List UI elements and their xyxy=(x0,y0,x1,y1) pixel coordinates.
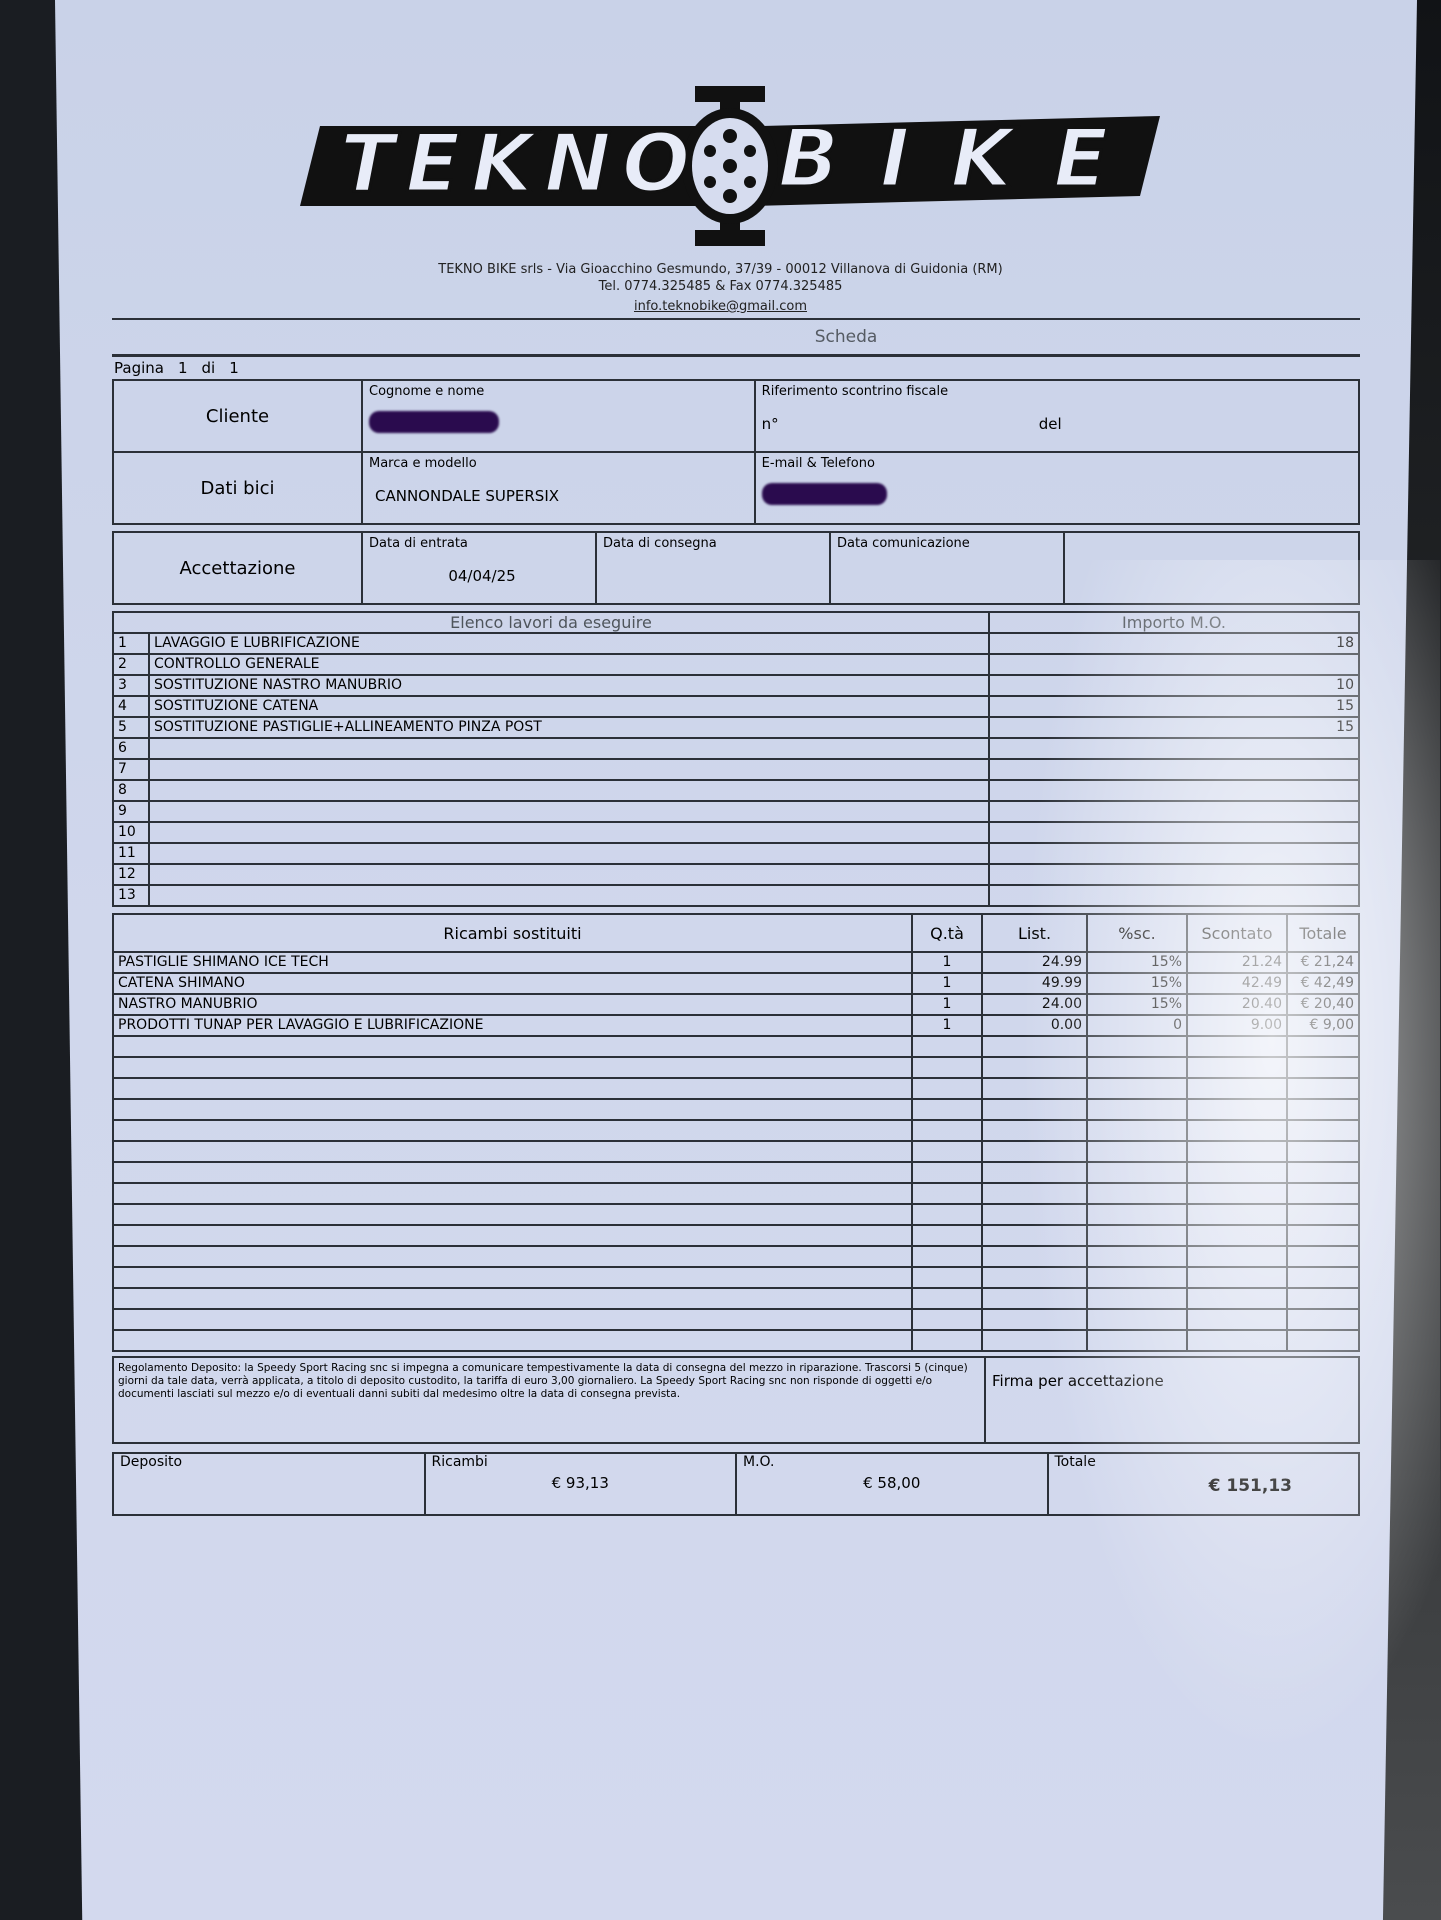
customer-bike-table: Cliente Cognome e nome Riferimento scont… xyxy=(112,379,1360,525)
work-number: 4 xyxy=(113,696,149,717)
work-number: 7 xyxy=(113,759,149,780)
part-discount[interactable]: 15% xyxy=(1087,994,1187,1015)
work-description[interactable] xyxy=(149,864,989,885)
part-qty[interactable]: 1 xyxy=(912,1015,982,1036)
work-number: 12 xyxy=(113,864,149,885)
work-row: 9 xyxy=(113,801,1359,822)
work-description[interactable] xyxy=(149,738,989,759)
work-number: 1 xyxy=(113,633,149,654)
work-description[interactable] xyxy=(149,801,989,822)
company-email-link[interactable]: info.teknobike@gmail.com xyxy=(0,299,1441,314)
delivery-date-field[interactable]: Data di consegna xyxy=(596,532,830,604)
acceptance-table: Accettazione Data di entrata 04/04/25 Da… xyxy=(112,531,1360,605)
parts-total-value: € 93,13 xyxy=(432,1474,730,1492)
part-discounted-price[interactable]: 9.00 xyxy=(1187,1015,1287,1036)
part-discount[interactable]: 0 xyxy=(1087,1015,1187,1036)
cliente-label: Cliente xyxy=(113,380,362,452)
work-amount[interactable]: 15 xyxy=(989,717,1359,738)
deposit-cell: Deposito xyxy=(113,1453,425,1515)
part-list-price[interactable]: 24.00 xyxy=(982,994,1087,1015)
work-row: 3SOSTITUZIONE NASTRO MANUBRIO10 xyxy=(113,675,1359,696)
work-description[interactable] xyxy=(149,780,989,801)
dati-bici-label: Dati bici xyxy=(113,452,362,524)
work-amount[interactable] xyxy=(989,780,1359,801)
accettazione-label: Accettazione xyxy=(113,532,362,604)
part-row: CATENA SHIMANO149.9915%42.49€ 42,49 xyxy=(113,973,1359,994)
work-number: 5 xyxy=(113,717,149,738)
part-row-empty xyxy=(113,1078,1359,1099)
work-number: 3 xyxy=(113,675,149,696)
signature-field[interactable]: Firma per accettazione xyxy=(985,1357,1359,1443)
part-qty[interactable]: 1 xyxy=(912,994,982,1015)
redacted-contact xyxy=(762,483,887,505)
redacted-name xyxy=(369,411,499,433)
parts-header-qty: Q.tà xyxy=(912,914,982,952)
work-amount[interactable] xyxy=(989,654,1359,675)
part-list-price[interactable]: 49.99 xyxy=(982,973,1087,994)
work-amount[interactable]: 10 xyxy=(989,675,1359,696)
work-row: 10 xyxy=(113,822,1359,843)
part-row-empty xyxy=(113,1225,1359,1246)
work-number: 9 xyxy=(113,801,149,822)
company-address: TEKNO BIKE srls - Via Gioacchino Gesmund… xyxy=(0,262,1441,277)
work-row: 11 xyxy=(113,843,1359,864)
part-row-empty xyxy=(113,1267,1359,1288)
grand-total-value: € 151,13 xyxy=(1055,1476,1353,1496)
part-row: PRODOTTI TUNAP PER LAVAGGIO E LUBRIFICAZ… xyxy=(113,1015,1359,1036)
entry-date-field[interactable]: Data di entrata 04/04/25 xyxy=(362,532,596,604)
work-number: 10 xyxy=(113,822,149,843)
part-discount[interactable]: 15% xyxy=(1087,973,1187,994)
labor-total-value: € 58,00 xyxy=(743,1474,1041,1492)
deposit-terms: Regolamento Deposito: la Speedy Sport Ra… xyxy=(113,1357,985,1443)
totals-table: Deposito Ricambi€ 93,13 M.O.€ 58,00 Tota… xyxy=(112,1452,1360,1516)
part-row-empty xyxy=(113,1246,1359,1267)
parts-header-discounted: Scontato xyxy=(1187,914,1287,952)
tekno-bike-logo: TEKNO BIKE xyxy=(300,86,1160,246)
parts-header-desc: Ricambi sostituiti xyxy=(113,914,912,952)
part-description[interactable]: PRODOTTI TUNAP PER LAVAGGIO E LUBRIFICAZ… xyxy=(113,1015,912,1036)
work-amount[interactable] xyxy=(989,759,1359,780)
contact-field[interactable]: E-mail & Telefono xyxy=(755,452,1359,524)
part-total[interactable]: € 42,49 xyxy=(1287,973,1359,994)
work-amount[interactable] xyxy=(989,801,1359,822)
work-description[interactable]: SOSTITUZIONE PASTIGLIE+ALLINEAMENTO PINZ… xyxy=(149,717,989,738)
work-number: 13 xyxy=(113,885,149,906)
part-row-empty xyxy=(113,1099,1359,1120)
work-number: 6 xyxy=(113,738,149,759)
entry-date-value: 04/04/25 xyxy=(369,567,589,585)
part-row-empty xyxy=(113,1120,1359,1141)
part-row-empty xyxy=(113,1036,1359,1057)
company-phone: Tel. 0774.325485 & Fax 0774.325485 xyxy=(0,279,1441,294)
work-description[interactable]: LAVAGGIO E LUBRIFICAZIONE xyxy=(149,633,989,654)
part-description[interactable]: NASTRO MANUBRIO xyxy=(113,994,912,1015)
work-description[interactable]: SOSTITUZIONE CATENA xyxy=(149,696,989,717)
part-description[interactable]: PASTIGLIE SHIMANO ICE TECH xyxy=(113,952,912,973)
terms-signature-table: Regolamento Deposito: la Speedy Sport Ra… xyxy=(112,1356,1360,1444)
part-total[interactable]: € 20,40 xyxy=(1287,994,1359,1015)
part-row: NASTRO MANUBRIO124.0015%20.40€ 20,40 xyxy=(113,994,1359,1015)
customer-name-field[interactable]: Cognome e nome xyxy=(362,380,755,452)
communication-date-field[interactable]: Data comunicazione xyxy=(830,532,1064,604)
work-row: 2CONTROLLO GENERALE xyxy=(113,654,1359,675)
work-number: 2 xyxy=(113,654,149,675)
part-discount[interactable]: 15% xyxy=(1087,952,1187,973)
work-row: 6 xyxy=(113,738,1359,759)
bike-model-field[interactable]: Marca e modello CANNONDALE SUPERSIX xyxy=(362,452,755,524)
works-header: Elenco lavori da eseguire xyxy=(113,612,989,633)
parts-header-list: List. xyxy=(982,914,1087,952)
work-row: 7 xyxy=(113,759,1359,780)
part-discounted-price[interactable]: 21.24 xyxy=(1187,952,1287,973)
work-amount[interactable] xyxy=(989,885,1359,906)
grand-total-cell: Totale€ 151,13 xyxy=(1048,1453,1360,1515)
work-row: 5SOSTITUZIONE PASTIGLIE+ALLINEAMENTO PIN… xyxy=(113,717,1359,738)
part-row-empty xyxy=(113,1330,1359,1351)
part-discounted-price[interactable]: 42.49 xyxy=(1187,973,1287,994)
svg-text:TEKNO: TEKNO xyxy=(340,117,690,210)
work-number: 8 xyxy=(113,780,149,801)
work-amount[interactable] xyxy=(989,843,1359,864)
repair-form: Scheda Pagina1di1 Cliente Cognome e nome… xyxy=(112,318,1360,1516)
work-description[interactable] xyxy=(149,843,989,864)
part-row-empty xyxy=(113,1309,1359,1330)
part-row-empty xyxy=(113,1288,1359,1309)
work-amount[interactable]: 18 xyxy=(989,633,1359,654)
work-description[interactable] xyxy=(149,885,989,906)
parts-table: Ricambi sostituiti Q.tà List. %sc. Scont… xyxy=(112,913,1360,1352)
part-row-empty xyxy=(113,1141,1359,1162)
parts-header-discount: %sc. xyxy=(1087,914,1187,952)
acceptance-extra-field[interactable] xyxy=(1064,532,1359,604)
work-row: 12 xyxy=(113,864,1359,885)
labor-amount-header: Importo M.O. xyxy=(989,612,1359,633)
work-amount[interactable] xyxy=(989,822,1359,843)
work-description[interactable]: CONTROLLO GENERALE xyxy=(149,654,989,675)
work-description[interactable]: SOSTITUZIONE NASTRO MANUBRIO xyxy=(149,675,989,696)
part-total[interactable]: € 21,24 xyxy=(1287,952,1359,973)
part-list-price[interactable]: 0.00 xyxy=(982,1015,1087,1036)
work-row: 1LAVAGGIO E LUBRIFICAZIONE18 xyxy=(113,633,1359,654)
part-total[interactable]: € 9,00 xyxy=(1287,1015,1359,1036)
form-title: Scheda xyxy=(112,318,1360,357)
part-discounted-price[interactable]: 20.40 xyxy=(1187,994,1287,1015)
work-row: 4SOSTITUZIONE CATENA15 xyxy=(113,696,1359,717)
work-amount[interactable] xyxy=(989,864,1359,885)
part-row-empty xyxy=(113,1183,1359,1204)
parts-total-cell: Ricambi€ 93,13 xyxy=(425,1453,737,1515)
part-qty[interactable]: 1 xyxy=(912,952,982,973)
receipt-reference-field[interactable]: Riferimento scontrino fiscale n°del xyxy=(755,380,1359,452)
parts-header-total: Totale xyxy=(1287,914,1359,952)
bike-model-value: CANNONDALE SUPERSIX xyxy=(369,487,748,505)
part-list-price[interactable]: 24.99 xyxy=(982,952,1087,973)
page-indicator: Pagina1di1 xyxy=(112,357,1360,379)
work-description[interactable] xyxy=(149,822,989,843)
part-row: PASTIGLIE SHIMANO ICE TECH124.9915%21.24… xyxy=(113,952,1359,973)
work-amount[interactable] xyxy=(989,738,1359,759)
part-row-empty xyxy=(113,1162,1359,1183)
work-amount[interactable]: 15 xyxy=(989,696,1359,717)
work-row: 13 xyxy=(113,885,1359,906)
work-description[interactable] xyxy=(149,759,989,780)
work-row: 8 xyxy=(113,780,1359,801)
part-description[interactable]: CATENA SHIMANO xyxy=(113,973,912,994)
works-table: Elenco lavori da eseguire Importo M.O. 1… xyxy=(112,611,1360,907)
part-qty[interactable]: 1 xyxy=(912,973,982,994)
labor-total-cell: M.O.€ 58,00 xyxy=(736,1453,1048,1515)
part-row-empty xyxy=(113,1057,1359,1078)
work-number: 11 xyxy=(113,843,149,864)
part-row-empty xyxy=(113,1204,1359,1225)
